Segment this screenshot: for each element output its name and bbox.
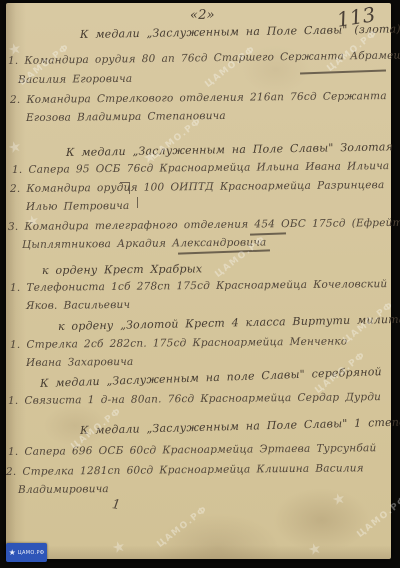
document-line: Ивана Захаровича (26, 356, 134, 369)
insertion-mark (120, 182, 130, 194)
archive-stamp-label: ЦАМО.РФ (18, 550, 45, 556)
document-line: Егозова Владимира Степановича (26, 110, 226, 124)
archive-stamp-star-icon: ★ (9, 548, 16, 557)
archive-stamp: ★ ЦАМО.РФ (6, 543, 47, 562)
insertion-mark (128, 197, 138, 208)
document-line: Василия Егоровича (18, 73, 132, 86)
document-line: Илью Петровича (26, 200, 130, 213)
page-number: «2» (190, 8, 215, 23)
section-header: к ордену Крест Храбрых (42, 262, 202, 277)
document-line: Яков. Васильевич (26, 299, 130, 312)
scanned-document-photo: «2» 113 К медали „Заслуженным на Поле Сл… (0, 0, 400, 568)
document-line: Владимировича (18, 483, 109, 496)
document-line: Цыплятникова Аркадия Александровича (22, 236, 267, 251)
